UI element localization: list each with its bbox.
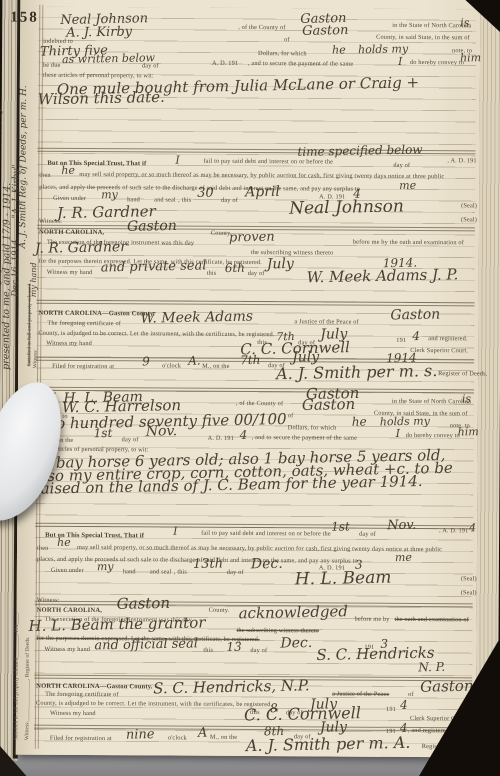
deed1-filed-ampm: A. [188, 355, 201, 367]
form-oclock: o'clock [168, 735, 187, 742]
deed1-property-line2: Wilson this date. [38, 90, 165, 108]
deed1-then-he: he [61, 165, 75, 176]
form-county-sum: County, in said State, in the sum of [376, 34, 470, 42]
form-191: 191 [396, 337, 406, 344]
deed2-cert-county: Gaston [420, 679, 474, 695]
form-hand: hand [123, 568, 136, 575]
form-day-of: day of [227, 569, 244, 576]
form-given: Given under [51, 567, 84, 574]
form-and-seal: and seal [150, 568, 172, 575]
form-then: then [39, 172, 50, 179]
deed1-creditor-name: A. J. Kirby [66, 25, 132, 39]
form-be-due: be due [43, 62, 61, 69]
deed1-he: he [332, 44, 346, 55]
deed1-debtor-signature: Neal Johnson [289, 198, 404, 217]
deed1-is: is [460, 17, 469, 28]
photo-scene: 158 This chattel mortgage and note cance… [0, 0, 500, 776]
deed1-register-signature: A. J. Smith per m. s. [276, 363, 438, 382]
deed2-seal-kind: and official seal [94, 637, 198, 652]
form-of: of [408, 691, 414, 698]
deed1-my-hand: my [101, 189, 118, 200]
form-seal: (Seal) [461, 202, 477, 209]
form-191: 191 [386, 706, 396, 713]
form-witness-hand: Witness my hand [47, 269, 93, 277]
form-then: then [37, 545, 48, 552]
form-ad191: A. D. 191 [212, 60, 238, 67]
deed1-given-month: April [245, 185, 280, 200]
form-comma-this: , this [174, 569, 187, 576]
form-register-label: Register of Deeds. [438, 370, 487, 378]
form-cert-of: The foregoing certificate of [47, 320, 121, 328]
deed2-register-signature: A. J. Smith per m. A. [246, 735, 411, 754]
form-day-of: day of [248, 270, 265, 277]
deed2-due-year: 4 [240, 429, 248, 441]
form-filed: Filed for registration at [50, 735, 112, 743]
deed1-given-day: 30 [197, 187, 214, 200]
form-county-dot: County. [209, 607, 230, 614]
deed2-filed-month: July [320, 720, 347, 735]
margin-my-hand-note: my hand [29, 262, 39, 297]
form-day-of: day of [250, 647, 267, 654]
form-ad191: , A. D. 191 [447, 157, 476, 164]
form-witness-hand: Witness my hand [46, 340, 92, 348]
deed2-is: is [462, 393, 471, 404]
form-nc-gaston: NORTH CAROLINA—Gaston County. [36, 683, 152, 691]
margin-satisfied-printed-2: Satisfied in full and property released_… [13, 612, 20, 740]
form-m-on: M., on the [210, 734, 237, 741]
margin-date-note: Dec 16, 1914. [10, 237, 21, 297]
form-this: this [203, 647, 213, 654]
deed1-seal-kind: and private seal [101, 259, 207, 274]
deed2-trust-year: 4 [469, 522, 476, 533]
form-seal: (Seal) [461, 216, 477, 223]
form-secure: , and to secure the payment of the same [252, 434, 357, 442]
deed2-cert-year: 4 [400, 699, 408, 711]
form-seal: (Seal) [461, 575, 477, 582]
form-of: of [288, 412, 294, 419]
form-ad191: A. D. 191 [208, 435, 234, 442]
form-nc-gaston: NORTH CAROLINA—Gaston County. [38, 310, 154, 318]
form-fail: fail to pay said debt and interest on or… [203, 158, 333, 166]
deed1-trust-time: time specified below [297, 143, 422, 158]
deed2-trust-month: Nov. [387, 519, 416, 533]
deed2-ack-month: Dec. [280, 636, 312, 651]
deed2-given-day: 13th [193, 557, 223, 571]
deed1-filed-month: July [292, 350, 319, 365]
deed1-i: I [398, 56, 403, 67]
form-registered: and registered. [428, 335, 467, 342]
deed1-ack-day: 6th [225, 262, 245, 274]
deed2-given-month: Dec. [251, 557, 283, 572]
deed1-filed-time: 9 [142, 355, 150, 367]
deed2-i: I [396, 428, 401, 439]
deed1-filed-day: 7th [240, 354, 260, 366]
form-this: this [207, 270, 217, 277]
form-filed: Filed for registration at [52, 363, 114, 371]
form-of-county: , of the County of [236, 400, 283, 408]
deed2-acknowledged: acknowledged [238, 604, 348, 621]
form-convey: do hereby convey to [410, 59, 464, 67]
deed1-surplus-me: me [399, 180, 416, 191]
deed2-trust-day: 1st [331, 520, 350, 532]
form-state: in the State of North Carolina [392, 398, 471, 406]
deed2-then-he: he [57, 537, 71, 548]
form-witness-hand: Witness my hand [44, 646, 90, 654]
form-day-of: day of [221, 197, 238, 204]
form-m-on: M., on the [202, 363, 229, 370]
margin-register-signature: A. J. Smith Reg. of Deeds, per m. H. [18, 85, 30, 248]
form-adjudged: County, is adjudged to be correct. Let t… [38, 330, 274, 339]
deed2-notary-np: N. P. [418, 661, 445, 674]
deed2-he: he [352, 416, 367, 428]
form-secure: , and to secure the payment of the same [248, 60, 353, 68]
form-oath-struck: the oath and examination of [395, 616, 469, 624]
deed2-my-hand: my [97, 561, 114, 572]
form-of-county: , of the County of [238, 24, 285, 32]
deed2-creditor-county: Gaston [302, 397, 356, 413]
form-before-oath: before me by the oath and examination of [353, 239, 464, 247]
deed1-ack-witness-name: J. R. Gardner [35, 240, 127, 256]
deed2-debtor-signature: H. L. Beam [295, 570, 392, 589]
form-adjudged: County, is adjudged to be correct. Let t… [36, 700, 272, 709]
margin-witness-printed: Witness: [33, 349, 40, 368]
form-clerk-label: Clerk Superior Court. [410, 347, 468, 355]
form-subscribing-struck: the subscribing witness thereto [236, 627, 319, 635]
record-book: 158 This chattel mortgage and note cance… [0, 0, 500, 776]
form-fail: fail to pay said debt and interest on or… [201, 530, 331, 538]
deed1-cert-county: Gaston [390, 308, 440, 323]
deed2-ack-county: Gaston [117, 596, 171, 612]
form-given: Given under [53, 195, 86, 202]
deed2-filed-ampm: A [198, 727, 208, 740]
deed1-cert-year: 4 [412, 330, 420, 342]
deed1-ack-county: Gaston [127, 219, 177, 234]
form-ad191: , A. D. 191 [439, 527, 468, 534]
deed2-due-month: Nov. [146, 424, 178, 439]
form-day-of: day of [142, 62, 159, 69]
deed2-ack-day: 13 [226, 641, 242, 653]
form-day-of: day of [359, 531, 376, 538]
deed1-creditor-county: Gaston [302, 24, 348, 38]
deed2-due-day: 1st [94, 427, 113, 439]
margin-witness-printed-2: Witness:_______________, Register of Dee… [24, 636, 31, 740]
form-before-me: before me by [355, 616, 390, 623]
page-number: 158 [10, 10, 39, 27]
form-convey: do hereby convey to [406, 432, 460, 440]
form-nc: NORTH CAROLINA, [39, 229, 104, 237]
form-comma-this: , this [178, 197, 191, 204]
deed2-notary-signature: S. C. Hendricks [316, 646, 434, 663]
deed1-trust-i: I [175, 155, 180, 166]
form-witness-label: Witness: [39, 218, 62, 225]
deed1-him: him [460, 52, 481, 63]
deed1-officer-signature: W. Meek Adams J. P. [307, 267, 459, 285]
form-dollars: Dollars, for which [288, 424, 337, 432]
form-oclock: o'clock [162, 362, 181, 369]
deed1-cert-officer: W. Meek Adams [140, 310, 253, 326]
deed2-cert-officer: S. C. Hendricks, N.P. [153, 678, 310, 696]
form-witness-hand: Witness my hand [50, 710, 96, 718]
form-day-of: day of [393, 162, 410, 169]
deed2-surplus-me: me [395, 552, 412, 563]
form-witness-label: Witness: [37, 597, 60, 604]
deed1-ack-month: July [267, 257, 294, 272]
deed2-trust-i: I [173, 526, 178, 537]
form-and-seal: and seal [154, 196, 176, 203]
form-dollars: Dollars, for which [258, 50, 307, 58]
form-seal: (Seal) [461, 589, 477, 596]
form-day-of: day of [122, 436, 139, 443]
deed2-filed-time: nine [126, 728, 155, 742]
deed2-grantor-name: H. L. Beam the grantor [28, 615, 205, 634]
form-cert-of: The foregoing certificate of [45, 691, 119, 699]
deed1-proven: proven [229, 231, 275, 245]
deed2-him: him [458, 426, 479, 437]
deed2-holds-my: holds my [380, 415, 430, 427]
form-jp-of: a Justice of the Peace of [294, 318, 358, 326]
form-of: of [284, 36, 290, 43]
form-jp-struck: a Justice of the Peace [332, 691, 389, 699]
deed1-holds-my: holds my [358, 43, 408, 55]
form-nc: NORTH CAROLINA, [37, 607, 102, 615]
